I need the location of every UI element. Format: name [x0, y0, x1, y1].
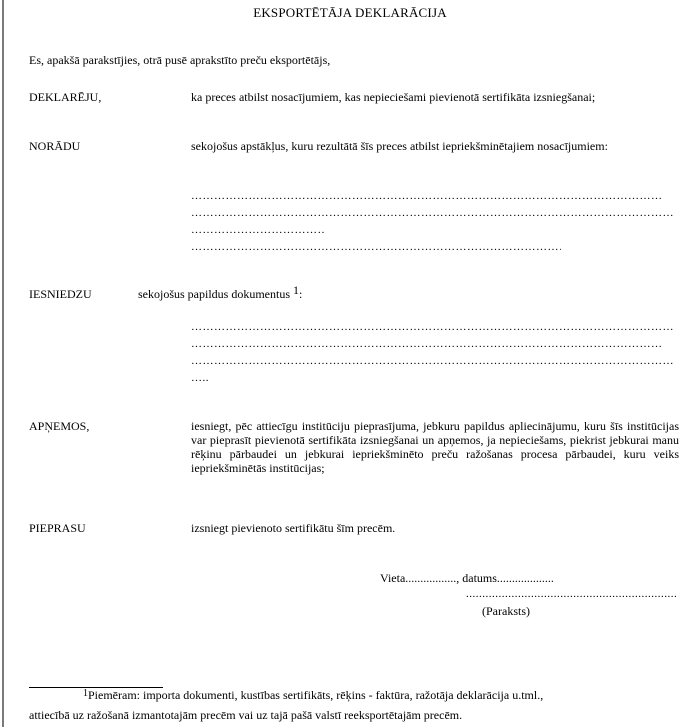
iesniedzu-fill-line-3[interactable]: …………………………………………………………………………………………………………… — [191, 354, 679, 368]
signature-line[interactable]: ........................................… — [466, 588, 677, 600]
iesniedzu-fill-line-2[interactable]: …………………………………………………………………………………………………………… — [191, 337, 666, 351]
text-iesniedzu: sekojošus papildus dokumentus 1: — [138, 287, 302, 302]
noradu-fill-line-2[interactable]: …………………………………………………………………………………………………………… — [191, 206, 679, 220]
label-noradu: NORĀDU — [29, 139, 80, 154]
text-apnemos: iesniegt, pēc attiecīgu institūciju piep… — [191, 419, 679, 475]
label-iesniedzu: IESNIEDZU — [29, 287, 92, 302]
label-pieprasu: PIEPRASU — [29, 521, 86, 536]
footnote-line-1: 1Piemēram: importa dokumenti, kustības s… — [83, 688, 543, 703]
label-apnemos: APŅEMOS, — [29, 419, 89, 434]
intro-text: Es, apakšā parakstījies, otrā pusē aprak… — [29, 53, 330, 68]
label-deklareju: DEKLARĒJU, — [29, 90, 101, 105]
footnote-line-2: attiecībā uz ražošanā izmantotajām precē… — [29, 708, 462, 723]
signature-caption: (Paraksts) — [482, 604, 530, 619]
footnote-text-1: Piemēram: importa dokumenti, kustības se… — [88, 688, 543, 702]
page-left-border — [2, 0, 4, 727]
noradu-fill-line-3[interactable]: ………………………………… — [191, 223, 326, 237]
text-noradu: sekojošus apstākļus, kuru rezultātā šīs … — [191, 139, 679, 153]
text-pieprasu: izsniegt pievienoto sertifikātu šīm prec… — [191, 521, 395, 536]
text-iesniedzu-main: sekojošus papildus dokumentus — [138, 287, 290, 301]
text-deklareju: ka preces atbilst nosacījumiem, kas nepi… — [191, 90, 679, 104]
noradu-fill-line-4[interactable]: ……………………………………………………………………………………………… — [191, 240, 561, 254]
text-iesniedzu-suffix: : — [299, 287, 302, 301]
footnote-number: 1 — [83, 688, 88, 699]
noradu-fill-line-1[interactable]: …………………………………………………………………………………………………………… — [191, 189, 671, 203]
iesniedzu-fill-line-4[interactable]: ….. — [191, 371, 221, 385]
iesniedzu-fill-line-1[interactable]: …………………………………………………………………………………………………………… — [191, 320, 679, 334]
footnote-ref[interactable]: 1 — [293, 283, 299, 297]
document-title: EKSPORTĒTĀJA DEKLARĀCIJA — [0, 5, 700, 21]
place-date-field[interactable]: Vieta................., datums..........… — [380, 571, 554, 586]
